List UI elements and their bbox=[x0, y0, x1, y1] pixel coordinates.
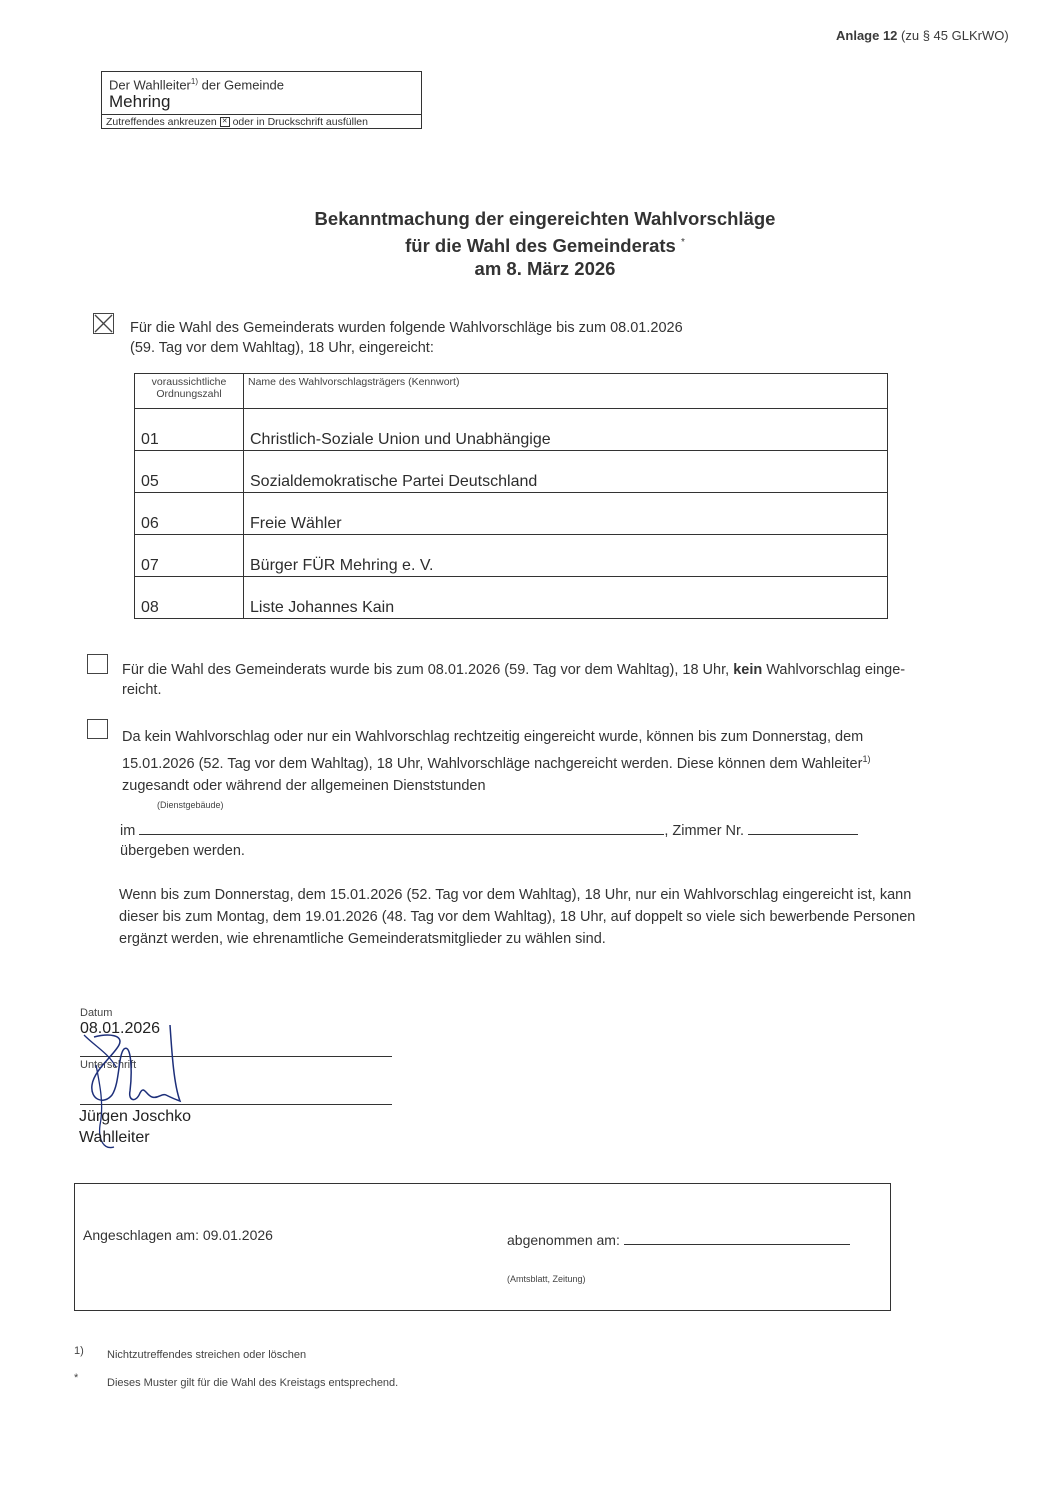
abgenommen-field[interactable] bbox=[624, 1230, 850, 1245]
table-row: 05 Sozialdemokratische Partei Deutschlan… bbox=[135, 451, 888, 493]
fill-instructions-post: oder in Druckschrift ausfüllen bbox=[233, 116, 368, 128]
row-name: Liste Johannes Kain bbox=[244, 577, 888, 619]
title-line-1: Bekanntmachung der eingereichten Wahlvor… bbox=[0, 207, 1059, 231]
dienstgebaeude-label: (Dienstgebäude) bbox=[157, 800, 224, 810]
municipality-name: Mehring bbox=[109, 92, 170, 112]
table-row: 06 Freie Wähler bbox=[135, 493, 888, 535]
row-nr: 06 bbox=[135, 493, 244, 535]
fill-instructions-pre: Zutreffendes ankreuzen bbox=[106, 116, 217, 128]
signer-role: Wahlleiter bbox=[79, 1127, 191, 1148]
abgenommen-row: abgenommen am: bbox=[507, 1230, 850, 1248]
room-number-field[interactable] bbox=[748, 820, 858, 835]
checkbox-x-icon: ✕ bbox=[220, 117, 230, 127]
option3-line3: zugesandt oder während der allgemeinen D… bbox=[122, 775, 992, 797]
nominations-table: voraussichtliche Ordnungszahl Name des W… bbox=[134, 373, 888, 619]
signer-name: Jürgen Joschko bbox=[79, 1106, 191, 1127]
header-ordnungszahl: voraussichtliche Ordnungszahl bbox=[135, 374, 244, 409]
signer-block: Jürgen Joschko Wahlleiter bbox=[79, 1106, 191, 1148]
title-line-2-text: für die Wahl des Gemeinderats bbox=[405, 235, 676, 256]
im-label: im bbox=[120, 823, 135, 839]
row-name: Sozialdemokratische Partei Deutschland bbox=[244, 451, 888, 493]
annex-number: Anlage 12 bbox=[836, 28, 897, 43]
footnote-ref: 1) bbox=[191, 77, 198, 86]
authority-label-rest: der Gemeinde bbox=[202, 77, 284, 92]
option1-text: Für die Wahl des Gemeinderats wurden fol… bbox=[130, 318, 683, 358]
footnote-2-mark: * bbox=[74, 1372, 78, 1384]
authority-label-text: Der Wahlleiter bbox=[109, 77, 191, 92]
option1-line2: (59. Tag vor dem Wahltag), 18 Uhr, einge… bbox=[130, 338, 683, 358]
option1-line1: Für die Wahl des Gemeinderats wurden fol… bbox=[130, 318, 683, 338]
row-nr: 07 bbox=[135, 535, 244, 577]
annex-reference: Anlage 12 (zu § 45 GLKrWO) bbox=[836, 28, 1009, 43]
option2-text: Für die Wahl des Gemeinderats wurde bis … bbox=[122, 660, 982, 700]
authority-box: Der Wahlleiter1) der Gemeinde Mehring Zu… bbox=[101, 71, 422, 129]
datum-label: Datum bbox=[80, 1007, 112, 1019]
option2-bold: kein bbox=[733, 662, 762, 678]
header-ordnungszahl-line1: voraussichtliche bbox=[139, 376, 239, 388]
title-line-3: am 8. März 2026 bbox=[0, 257, 1059, 281]
footnote-1-text: Nichtzutreffendes streichen oder löschen bbox=[107, 1349, 306, 1361]
header-ordnungszahl-line2: Ordnungszahl bbox=[139, 388, 239, 400]
option3-line2: 15.01.2026 (52. Tag vor dem Wahltag), 18… bbox=[122, 748, 992, 775]
annex-paragraph: (zu § 45 GLKrWO) bbox=[901, 28, 1009, 43]
option2-post: Wahlvorschlag einge- bbox=[766, 662, 905, 678]
angeschlagen-text: Angeschlagen am: 09.01.2026 bbox=[83, 1227, 273, 1243]
table-row: 01 Christlich-Soziale Union und Unabhäng… bbox=[135, 409, 888, 451]
row-name: Christlich-Soziale Union und Unabhängige bbox=[244, 409, 888, 451]
row-name: Bürger FÜR Mehring e. V. bbox=[244, 535, 888, 577]
posting-box: Angeschlagen am: 09.01.2026 abgenommen a… bbox=[74, 1183, 891, 1311]
supplement-line1: Wenn bis zum Donnerstag, dem 15.01.2026 … bbox=[119, 884, 999, 906]
row-nr: 05 bbox=[135, 451, 244, 493]
table-header-row: voraussichtliche Ordnungszahl Name des W… bbox=[135, 374, 888, 409]
asterisk-ref: * bbox=[681, 237, 685, 248]
option2-line1: Für die Wahl des Gemeinderats wurde bis … bbox=[122, 660, 982, 680]
footnote-2-text: Dieses Muster gilt für die Wahl des Krei… bbox=[107, 1377, 398, 1389]
option3-checkbox[interactable] bbox=[87, 719, 108, 739]
footnote-ref: 1) bbox=[862, 754, 870, 764]
option3-line2-text: 15.01.2026 (52. Tag vor dem Wahltag), 18… bbox=[122, 756, 862, 772]
zimmer-label: , Zimmer Nr. bbox=[664, 823, 744, 839]
supplement-paragraph: Wenn bis zum Donnerstag, dem 15.01.2026 … bbox=[119, 884, 999, 950]
title-line-2: für die Wahl des Gemeinderats * bbox=[0, 231, 1059, 258]
supplement-line2: dieser bis zum Montag, dem 19.01.2026 (4… bbox=[119, 906, 999, 928]
row-nr: 01 bbox=[135, 409, 244, 451]
option2-pre: Für die Wahl des Gemeinderats wurde bis … bbox=[122, 662, 729, 678]
table-row: 08 Liste Johannes Kain bbox=[135, 577, 888, 619]
document-title: Bekanntmachung der eingereichten Wahlvor… bbox=[0, 207, 1059, 281]
building-field[interactable] bbox=[139, 820, 664, 835]
supplement-line3: ergänzt werden, wie ehrenamtliche Gemein… bbox=[119, 928, 999, 950]
header-name: Name des Wahlvorschlagsträgers (Kennwort… bbox=[244, 374, 888, 409]
option1-checkbox[interactable] bbox=[93, 313, 114, 334]
checked-x-icon bbox=[94, 314, 113, 333]
authority-label: Der Wahlleiter1) der Gemeinde bbox=[109, 77, 284, 92]
row-nr: 08 bbox=[135, 577, 244, 619]
location-fields: im , Zimmer Nr. bbox=[120, 820, 858, 841]
option2-checkbox[interactable] bbox=[87, 654, 108, 674]
fill-instructions: Zutreffendes ankreuzen ✕ oder in Drucksc… bbox=[102, 114, 421, 130]
footnote-1-mark: 1) bbox=[74, 1345, 84, 1357]
row-name: Freie Wähler bbox=[244, 493, 888, 535]
uebergeben-text: übergeben werden. bbox=[120, 841, 245, 861]
option3-line1: Da kein Wahlvorschlag oder nur ein Wahlv… bbox=[122, 726, 992, 748]
abgenommen-label: abgenommen am: bbox=[507, 1232, 620, 1248]
table-row: 07 Bürger FÜR Mehring e. V. bbox=[135, 535, 888, 577]
option2-line2: reicht. bbox=[122, 680, 982, 700]
option3-text: Da kein Wahlvorschlag oder nur ein Wahlv… bbox=[122, 726, 992, 797]
source-hint: (Amtsblatt, Zeitung) bbox=[507, 1274, 586, 1284]
